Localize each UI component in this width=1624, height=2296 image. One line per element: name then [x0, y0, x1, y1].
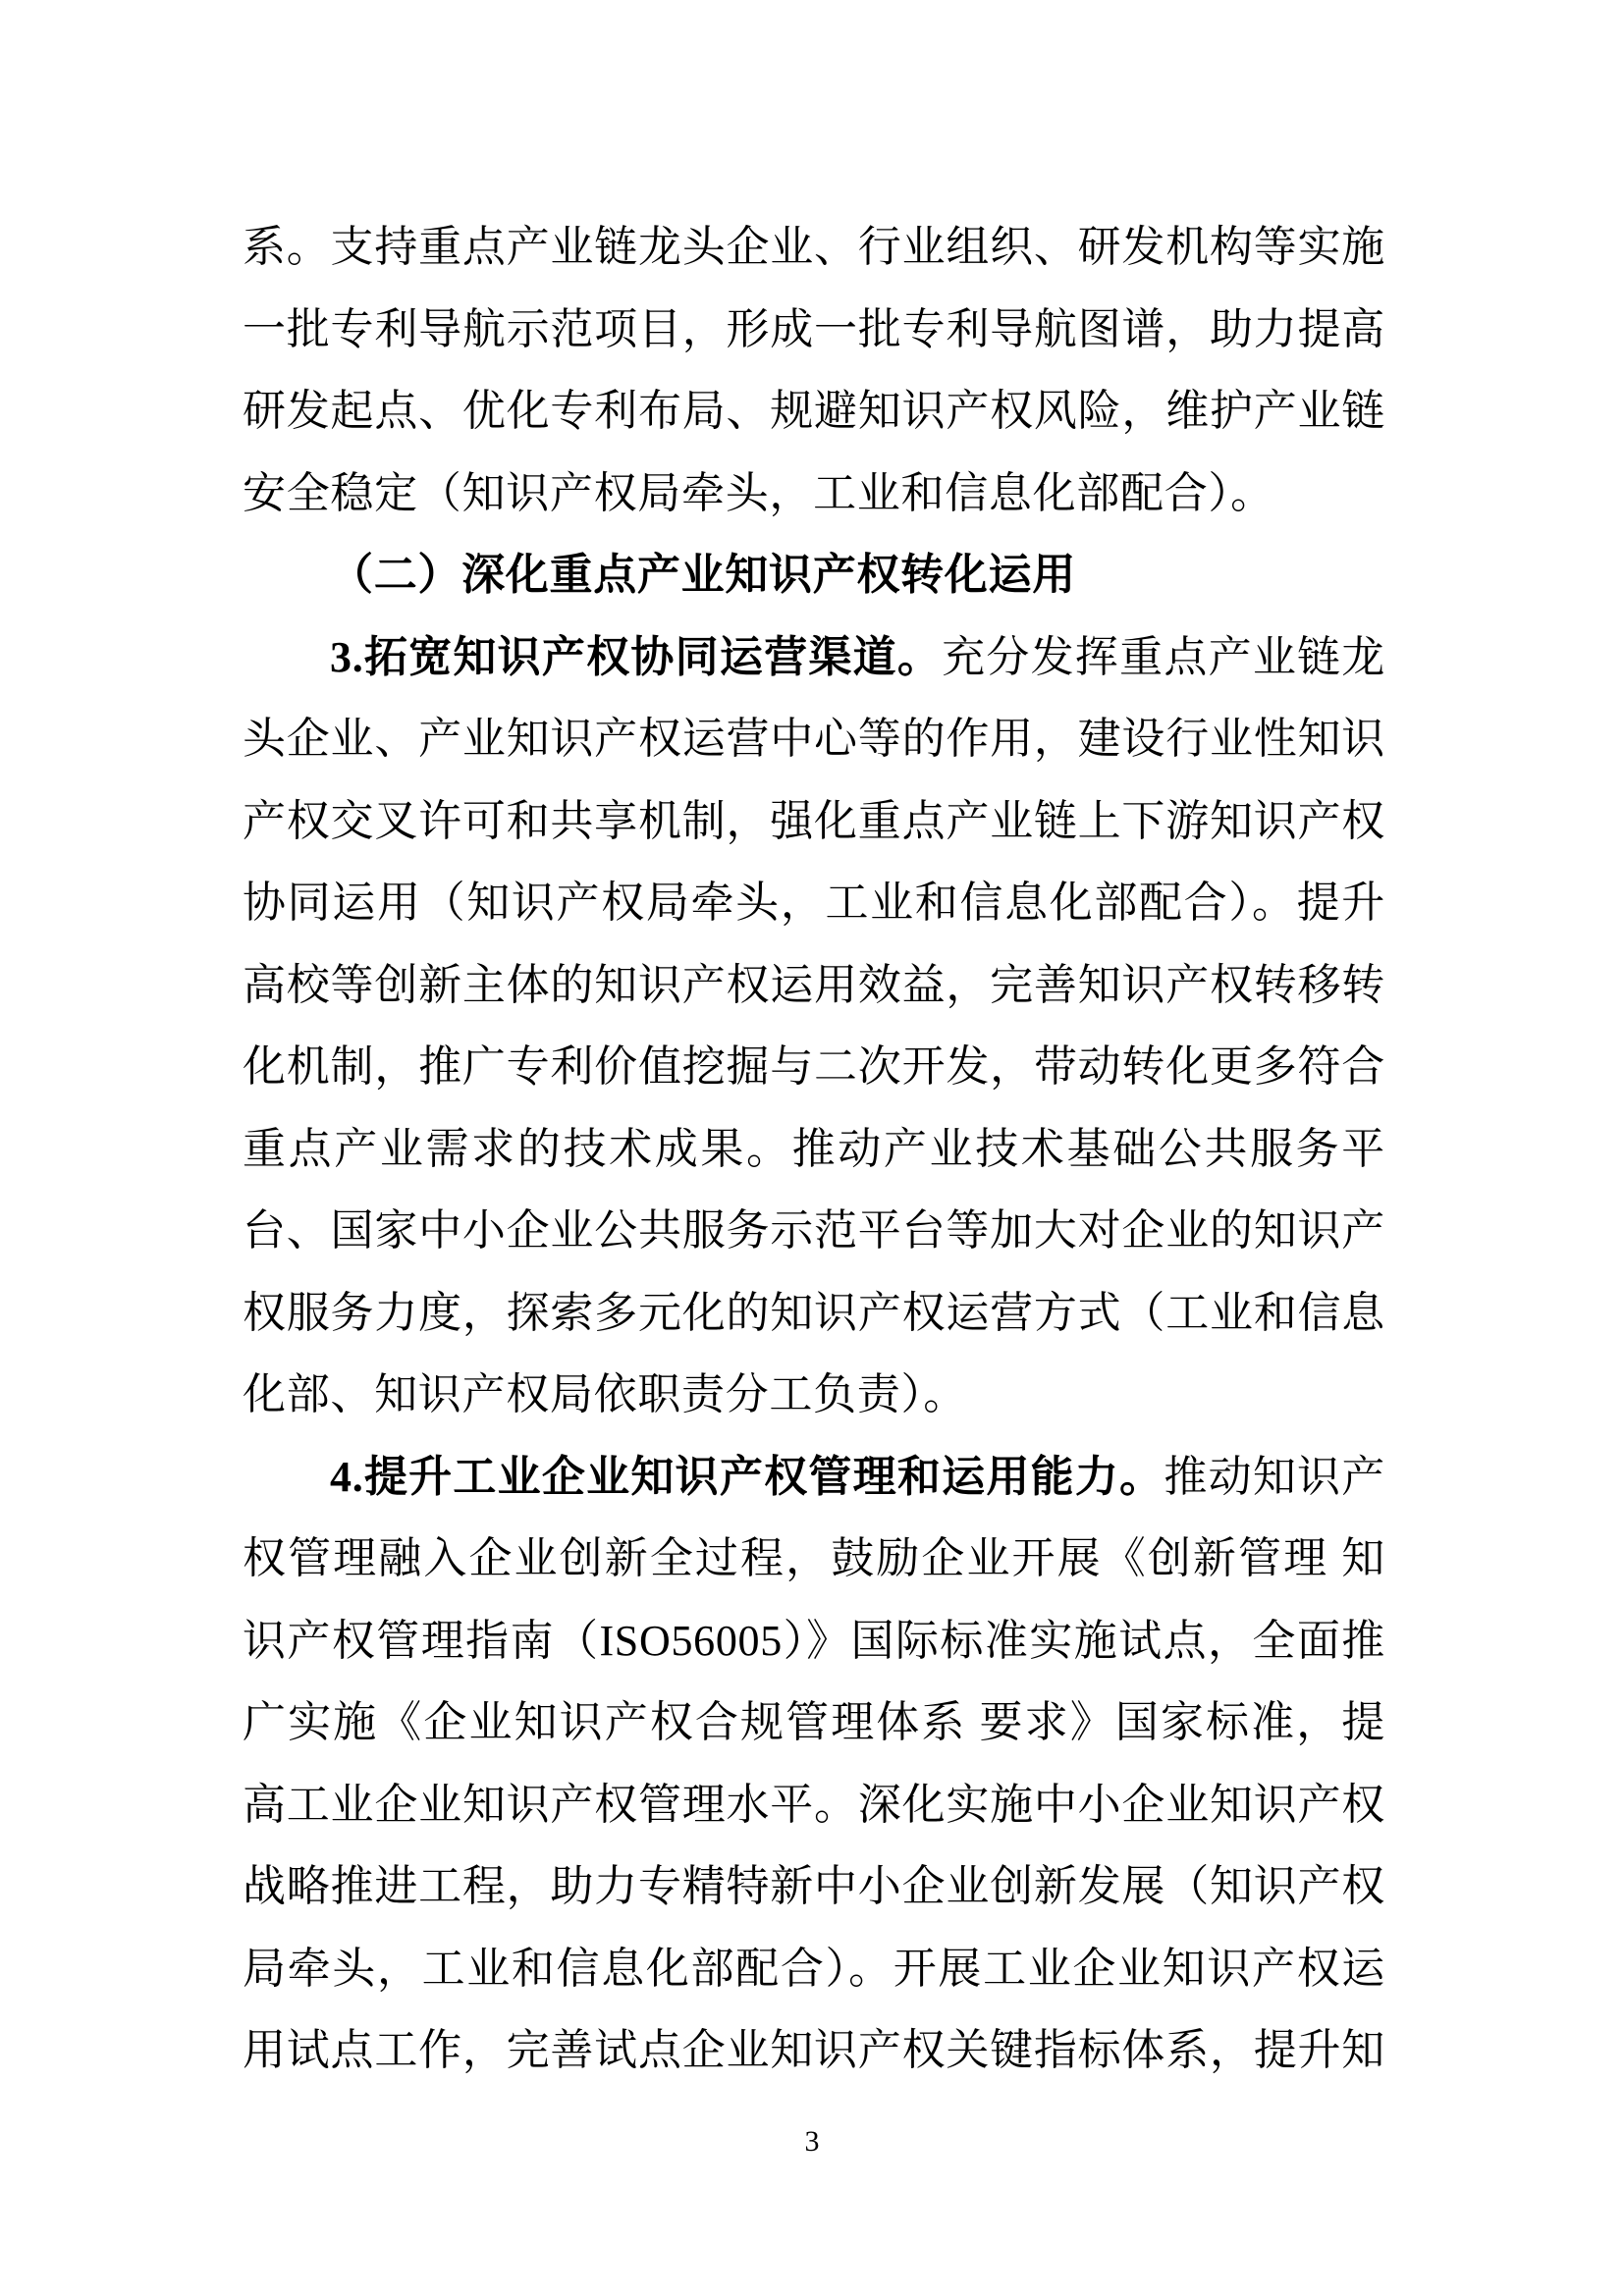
- text-line: 化部、知识产权局依职责分工负责）。: [243, 1354, 1385, 1436]
- text-line: 协同运用（知识产权局牵头，工业和信息化部配合）。提升: [243, 862, 1385, 944]
- text-segment: 台、国家中小企业公共服务示范平台等加大对企业的知识产: [243, 1206, 1385, 1255]
- text-segment: 头企业、产业知识产权运营中心等的作用，建设行业性知识: [243, 715, 1385, 763]
- text-segment: 安全稳定（知识产权局牵头，工业和信息化部配合）。: [243, 469, 1274, 517]
- text-segment: 权服务力度，探索多元化的知识产权运营方式（工业和信息: [243, 1289, 1385, 1337]
- text-segment: 一批专利导航示范项目，形成一批专利导航图谱，助力提高: [243, 305, 1385, 353]
- text-line: 权服务力度，探索多元化的知识产权运营方式（工业和信息: [243, 1272, 1385, 1355]
- text-line: 系。支持重点产业链龙头企业、行业组织、研发机构等实施: [243, 206, 1385, 289]
- bold-text-segment: 3.拓宽知识产权协同运营渠道。: [330, 633, 942, 681]
- text-segment: 研发起点、优化专利布局、规避知识产权风险，维护产业链: [243, 387, 1385, 435]
- text-segment: 化机制，推广专利价值挖掘与二次开发，带动转化更多符合: [243, 1042, 1385, 1091]
- text-line: 研发起点、优化专利布局、规避知识产权风险，维护产业链: [243, 370, 1385, 453]
- page-number: 3: [0, 2122, 1624, 2162]
- text-line: 权管理融入企业创新全过程，鼓励企业开展《创新管理 知: [243, 1518, 1385, 1600]
- text-segment: 产权交叉许可和共享机制，强化重点产业链上下游知识产权: [243, 797, 1385, 845]
- text-line: （二）深化重点产业知识产权转化运用: [243, 534, 1385, 616]
- bold-text-segment: 4.提升工业企业知识产权管理和运用能力。: [330, 1453, 1164, 1501]
- text-line: 局牵头，工业和信息化部配合）。开展工业企业知识产权运: [243, 1928, 1385, 2010]
- text-segment: 高校等创新主体的知识产权运用效益，完善知识产权转移转: [243, 961, 1385, 1009]
- text-segment: 战略推进工程，助力专精特新中小企业创新发展（知识产权: [243, 1862, 1385, 1910]
- text-line: 重点产业需求的技术成果。推动产业技术基础公共服务平: [243, 1108, 1385, 1191]
- text-segment: 局牵头，工业和信息化部配合）。开展工业企业知识产权运: [243, 1945, 1385, 1993]
- bold-text-segment: （二）深化重点产业知识产权转化运用: [330, 551, 1076, 599]
- text-line: 产权交叉许可和共享机制，强化重点产业链上下游知识产权: [243, 780, 1385, 863]
- text-line: 3.拓宽知识产权协同运营渠道。充分发挥重点产业链龙: [243, 616, 1385, 699]
- text-line: 识产权管理指南（ISO56005）》国际标准实施试点，全面推: [243, 1600, 1385, 1682]
- text-line: 高工业企业知识产权管理水平。深化实施中小企业知识产权: [243, 1764, 1385, 1846]
- text-line: 一批专利导航示范项目，形成一批专利导航图谱，助力提高: [243, 289, 1385, 371]
- text-line: 战略推进工程，助力专精特新中小企业创新发展（知识产权: [243, 1845, 1385, 1928]
- text-segment: 高工业企业知识产权管理水平。深化实施中小企业知识产权: [243, 1781, 1385, 1829]
- text-segment: 广实施《企业知识产权合规管理体系 要求》国家标准，提: [243, 1698, 1385, 1746]
- text-segment: 充分发挥重点产业链龙: [942, 633, 1385, 681]
- text-line: 头企业、产业知识产权运营中心等的作用，建设行业性知识: [243, 698, 1385, 780]
- text-line: 广实施《企业知识产权合规管理体系 要求》国家标准，提: [243, 1682, 1385, 1764]
- text-segment: 识产权管理指南（ISO56005）》国际标准实施试点，全面推: [243, 1617, 1385, 1665]
- text-segment: 重点产业需求的技术成果。推动产业技术基础公共服务平: [243, 1125, 1385, 1173]
- text-line: 安全稳定（知识产权局牵头，工业和信息化部配合）。: [243, 453, 1385, 535]
- text-segment: 推动知识产: [1164, 1453, 1385, 1501]
- document-page: 系。支持重点产业链龙头企业、行业组织、研发机构等实施一批专利导航示范项目，形成一…: [0, 0, 1624, 2296]
- text-segment: 协同运用（知识产权局牵头，工业和信息化部配合）。提升: [243, 879, 1385, 927]
- text-segment: 用试点工作，完善试点企业知识产权关键指标体系，提升知: [243, 2026, 1385, 2074]
- text-segment: 化部、知识产权局依职责分工负责）。: [243, 1370, 967, 1418]
- text-segment: 系。支持重点产业链龙头企业、行业组织、研发机构等实施: [243, 223, 1385, 271]
- text-line: 高校等创新主体的知识产权运用效益，完善知识产权转移转: [243, 944, 1385, 1027]
- document-body: 系。支持重点产业链龙头企业、行业组织、研发机构等实施一批专利导航示范项目，形成一…: [243, 206, 1385, 2092]
- text-line: 用试点工作，完善试点企业知识产权关键指标体系，提升知: [243, 2009, 1385, 2092]
- text-line: 化机制，推广专利价值挖掘与二次开发，带动转化更多符合: [243, 1026, 1385, 1108]
- text-segment: 权管理融入企业创新全过程，鼓励企业开展《创新管理 知: [243, 1534, 1385, 1582]
- text-line: 台、国家中小企业公共服务示范平台等加大对企业的知识产: [243, 1190, 1385, 1272]
- text-line: 4.提升工业企业知识产权管理和运用能力。推动知识产: [243, 1436, 1385, 1519]
